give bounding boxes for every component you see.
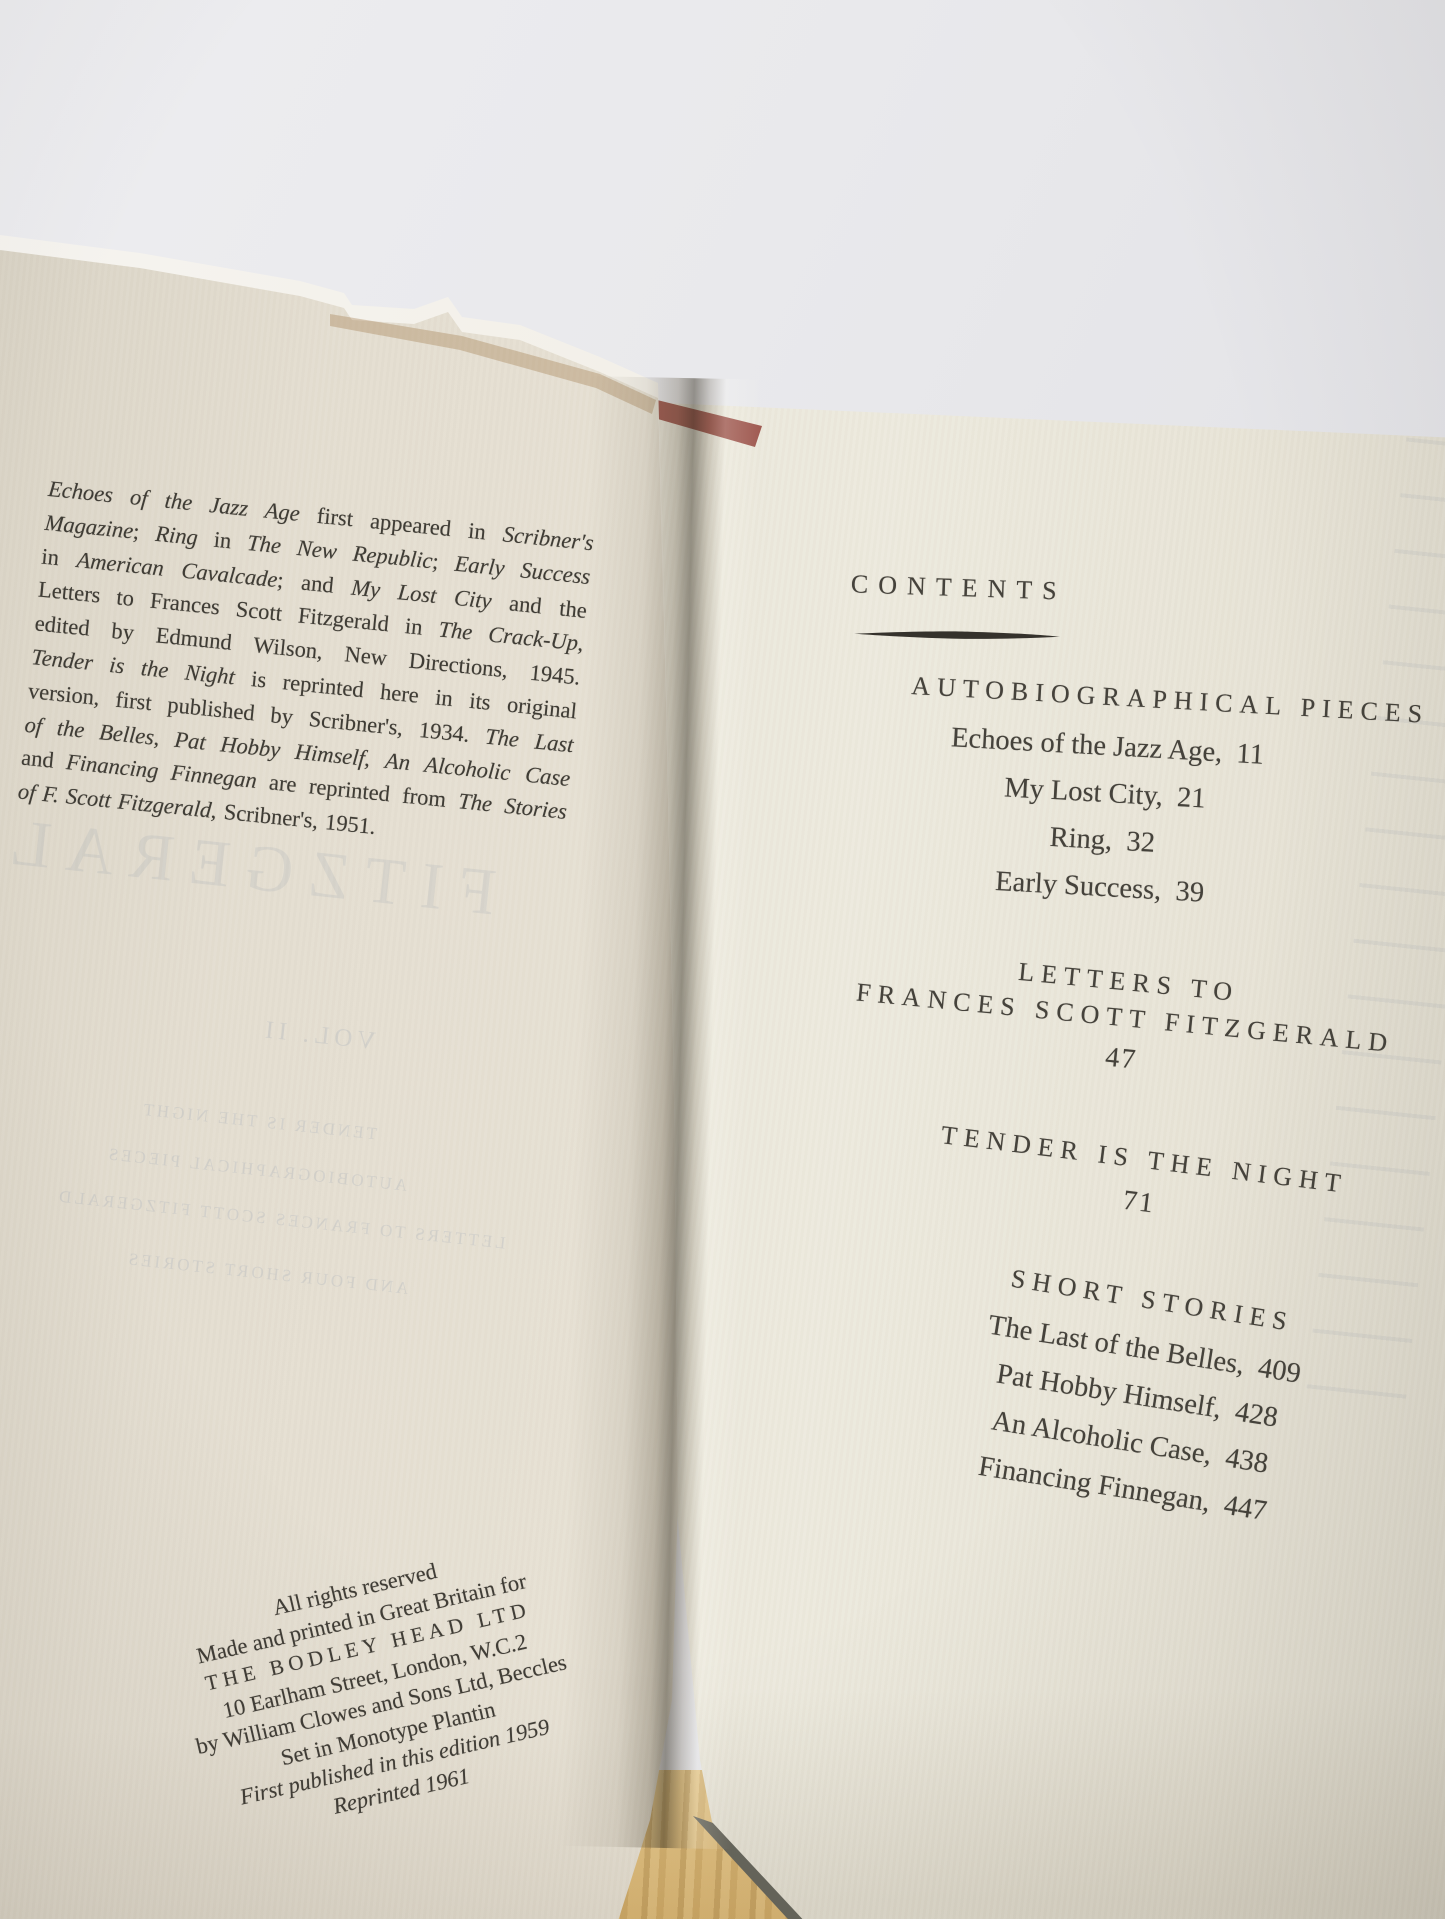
plain-text: ; (431, 548, 456, 575)
plain-text: in (197, 525, 249, 555)
toc-section: LETTERS TOFRANCES SCOTT FITZGERALD47 (811, 935, 1439, 1112)
contents-page-block: CONTENTS AUTOBIOGRAPHICAL PIECESEchoes o… (760, 573, 1380, 1503)
title-italic-text: The Last (484, 723, 575, 757)
title-italic-text: Ring (154, 521, 199, 550)
title-italic-text: The Stories (457, 789, 568, 825)
toc-section: TENDER IS THE NIGHT71 (829, 1102, 1445, 1263)
plain-text: in (40, 543, 78, 571)
plain-text: and the (490, 588, 588, 622)
copyright-paragraph: Echoes of the Jazz Age first appeared in… (16, 472, 595, 863)
contents-sections: AUTOBIOGRAPHICAL PIECESEchoes of the Jaz… (760, 675, 1380, 1503)
book-photo-scene: Echoes of the Jazz Age first appeared in… (0, 0, 1445, 1919)
title-italic-text: Magazine (44, 510, 135, 544)
toc-section: AUTOBIOGRAPHICAL PIECESEchoes of the Jaz… (789, 660, 1421, 928)
plain-text: , (153, 724, 176, 751)
title-italic-text: Scribner's (502, 521, 595, 555)
plain-text: ; and (276, 567, 353, 599)
plain-text: , (364, 745, 387, 772)
plain-text: and (20, 745, 67, 774)
plain-text: ; (132, 518, 157, 545)
